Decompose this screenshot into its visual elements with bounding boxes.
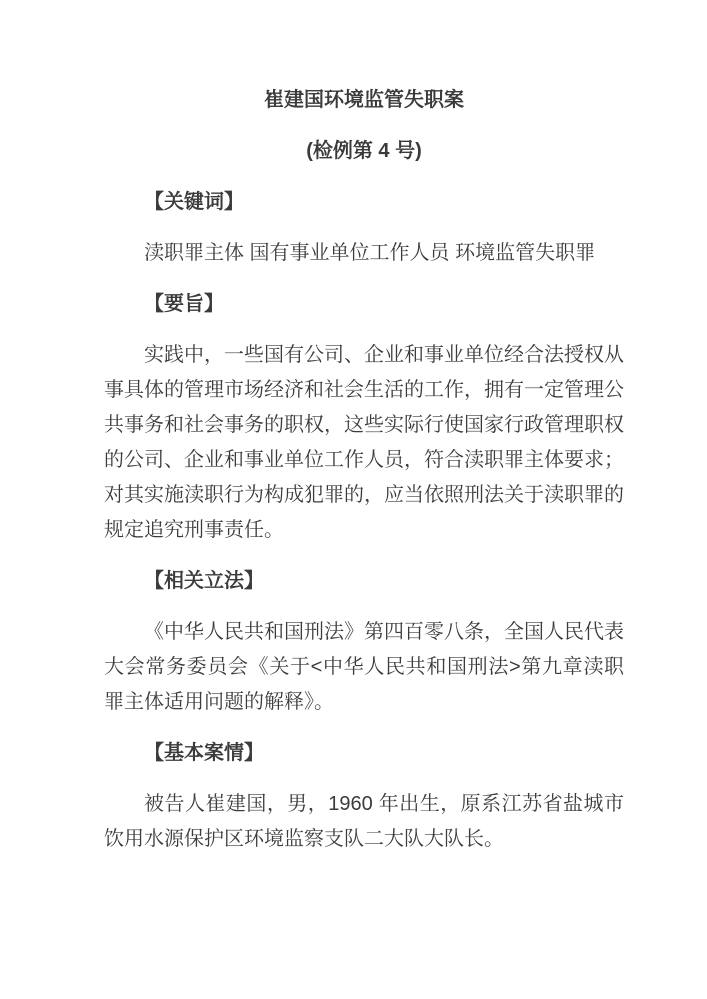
document-case-number: (检例第 4 号) <box>104 134 624 169</box>
page: 崔建国环境监管失职案 (检例第 4 号) 【关键词】渎职罪主体 国有事业单位工作… <box>0 0 707 999</box>
document-page: { "document": { "title": "崔建国环境监管失职案", "… <box>0 0 707 999</box>
sections-container: 【关键词】渎职罪主体 国有事业单位工作人员 环境监管失职罪【要旨】实践中，一些国… <box>104 185 624 857</box>
section-heading: 【相关立法】 <box>104 564 624 599</box>
section-heading: 【关键词】 <box>104 185 624 220</box>
section-paragraph: 渎职罪主体 国有事业单位工作人员 环境监管失职罪 <box>104 236 624 271</box>
document-content: 崔建国环境监管失职案 (检例第 4 号) 【关键词】渎职罪主体 国有事业单位工作… <box>104 83 624 857</box>
section-paragraph: 《中华人民共和国刑法》第四百零八条，全国人民代表大会常务委员会《关于<中华人民共… <box>104 615 624 720</box>
section-heading: 【要旨】 <box>104 287 624 322</box>
document-title: 崔建国环境监管失职案 <box>104 83 624 118</box>
section-paragraph: 实践中，一些国有公司、企业和事业单位经合法授权从事具体的管理市场经济和社会生活的… <box>104 338 624 548</box>
section-paragraph: 被告人崔建国，男，1960 年出生，原系江苏省盐城市饮用水源保护区环境监察支队二… <box>104 787 624 857</box>
section-heading: 【基本案情】 <box>104 736 624 771</box>
